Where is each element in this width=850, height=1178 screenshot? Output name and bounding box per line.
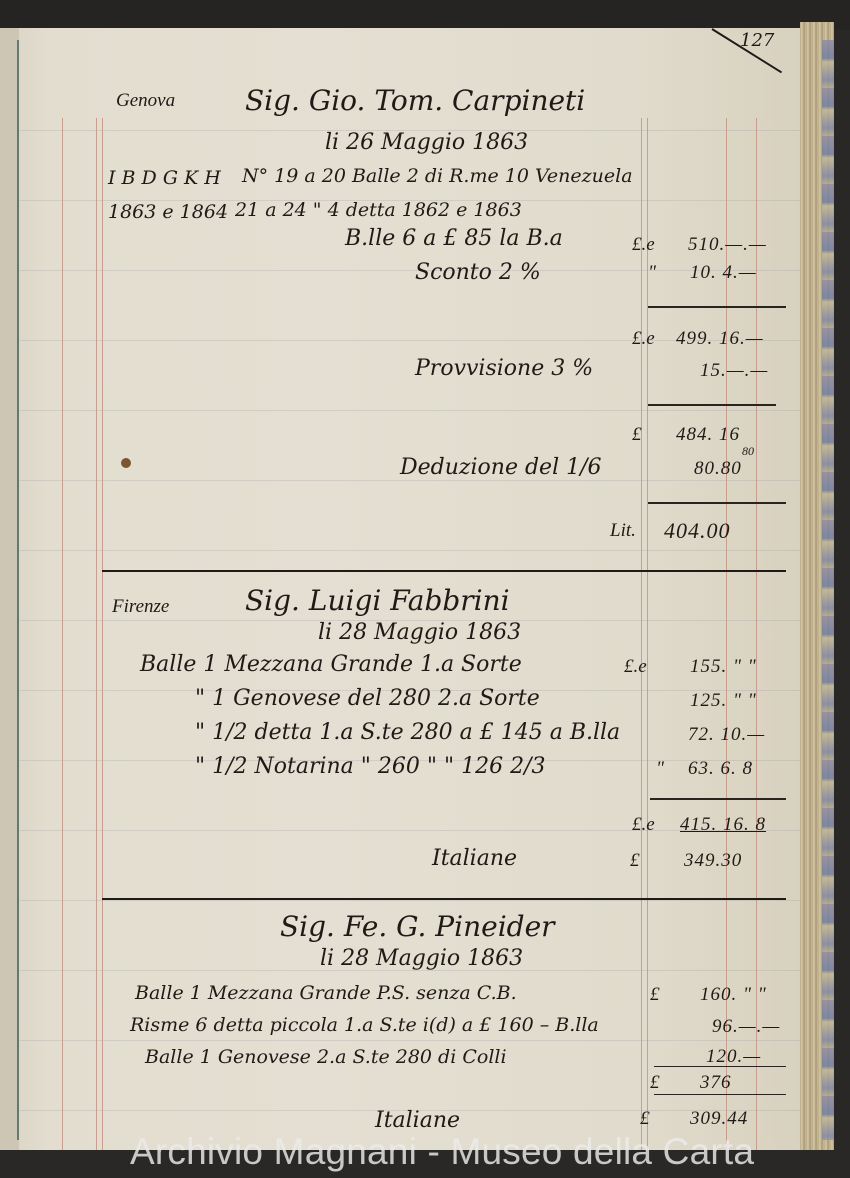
entry-amount: 120.— xyxy=(706,1046,761,1068)
margin-rule xyxy=(62,118,63,1150)
sum-line xyxy=(654,1066,786,1067)
ink-stain xyxy=(121,458,131,468)
ruling-line xyxy=(20,550,800,551)
entry-currency: " xyxy=(648,262,656,284)
entry-amount: 510.—.— xyxy=(688,234,767,256)
entry-amount: 160. " " xyxy=(700,984,767,1006)
entry-currency: " xyxy=(656,758,664,780)
margin-rule xyxy=(96,118,97,1150)
entry-amount: 72. 10.— xyxy=(688,724,765,746)
entry-line-text: Sconto 2 % xyxy=(415,260,541,285)
sum-line xyxy=(648,404,776,406)
ruling-line xyxy=(20,410,800,411)
entry-line-text: 21 a 24 " 4 detta 1862 e 1863 xyxy=(235,199,522,221)
entry-line-text: N° 19 a 20 Balle 2 di R.me 10 Venezuela xyxy=(242,165,633,187)
entry-amount: 125. " " xyxy=(690,690,757,712)
sum-line xyxy=(654,1094,786,1095)
entry-currency: £.e xyxy=(624,656,647,678)
entry-place: Firenze xyxy=(112,596,169,618)
total-amount: 309.44 xyxy=(690,1108,748,1130)
entry-currency: £ xyxy=(650,984,660,1006)
entry-line-text: " 1/2 detta 1.a S.te 280 a £ 145 a B.lla xyxy=(195,720,620,745)
total-currency: £ xyxy=(640,1108,650,1130)
entry-separator xyxy=(102,570,786,572)
total-currency: £ xyxy=(630,850,640,872)
subtotal-amount: 484. 16 xyxy=(676,424,740,446)
entry-amount: 10. 4.— xyxy=(690,262,757,284)
entry-mark: 1863 e 1864 xyxy=(108,201,228,223)
subtotal-amount: 415. 16. 8 xyxy=(680,814,766,836)
ruling-line xyxy=(20,270,800,271)
marbled-edge xyxy=(822,40,834,1140)
entry-amount: 155. " " xyxy=(690,656,757,678)
background-top xyxy=(0,0,850,30)
subtotal-label: Deduzione del 1/6 xyxy=(400,455,602,480)
ruling-line xyxy=(20,1040,800,1041)
subtotal-label: Provvisione 3 % xyxy=(415,356,593,381)
subtotal-amount: 80.80 xyxy=(694,458,742,480)
subtotal-currency: £.e xyxy=(632,814,655,836)
entry-place: Genova xyxy=(116,90,175,112)
binding-thread xyxy=(17,40,19,1140)
entry-amount: 96.—.— xyxy=(712,1016,780,1038)
entry-client: Sig. Gio. Tom. Carpineti xyxy=(245,84,585,117)
subtotal-currency: £.e xyxy=(632,328,655,350)
entry-separator xyxy=(102,898,786,900)
entry-client: Sig. Fe. G. Pineider xyxy=(280,910,555,943)
total-label: Italiane xyxy=(375,1108,460,1133)
total-label: Italiane xyxy=(432,846,517,871)
total-amount: 404.00 xyxy=(664,518,731,544)
entry-line-text: " 1 Genovese del 280 2.a Sorte xyxy=(195,686,540,711)
subtotal-currency: £ xyxy=(650,1072,660,1094)
entry-date: li 28 Maggio 1863 xyxy=(320,946,523,971)
sum-line xyxy=(650,798,786,800)
subtotal-amount: 499. 16.— xyxy=(676,328,764,350)
ruling-line xyxy=(20,480,800,481)
entry-line-text: Balle 1 Genovese 2.a S.te 280 di Colli xyxy=(145,1046,507,1068)
amount-column-rule xyxy=(641,118,642,1150)
entry-amount: 63. 6. 8 xyxy=(688,758,753,780)
total-amount: 349.30 xyxy=(684,850,742,872)
subtotal-currency: £ xyxy=(632,424,642,446)
entry-line-text: Balle 1 Mezzana Grande 1.a Sorte xyxy=(140,652,522,677)
entry-date: li 26 Maggio 1863 xyxy=(325,130,528,155)
subtotal-amount: 376 xyxy=(700,1072,732,1094)
subtotal-amount: 15.—.— xyxy=(700,360,768,382)
archive-watermark: Archivio Magnani - Museo della Carta xyxy=(130,1131,754,1173)
entry-date: li 28 Maggio 1863 xyxy=(318,620,521,645)
sum-line xyxy=(648,306,786,308)
total-currency: Lit. xyxy=(610,520,636,542)
ruling-line xyxy=(20,900,800,901)
entry-mark: I B D G K H xyxy=(108,167,221,189)
entry-client: Sig. Luigi Fabbrini xyxy=(245,584,510,617)
entry-line-text: " 1/2 Notarina " 260 " " 126 2/3 xyxy=(195,754,546,779)
entry-currency: £.e xyxy=(632,234,655,256)
margin-rule xyxy=(102,118,103,1150)
sum-line xyxy=(648,502,786,504)
entry-line-text: Risme 6 detta piccola 1.a S.te i(d) a £ … xyxy=(130,1014,599,1036)
subtotal-fraction: 80 xyxy=(742,444,754,459)
entry-line-text: B.lle 6 a £ 85 la B.a xyxy=(345,226,563,251)
entry-line-text: Balle 1 Mezzana Grande P.S. senza C.B. xyxy=(135,982,517,1004)
